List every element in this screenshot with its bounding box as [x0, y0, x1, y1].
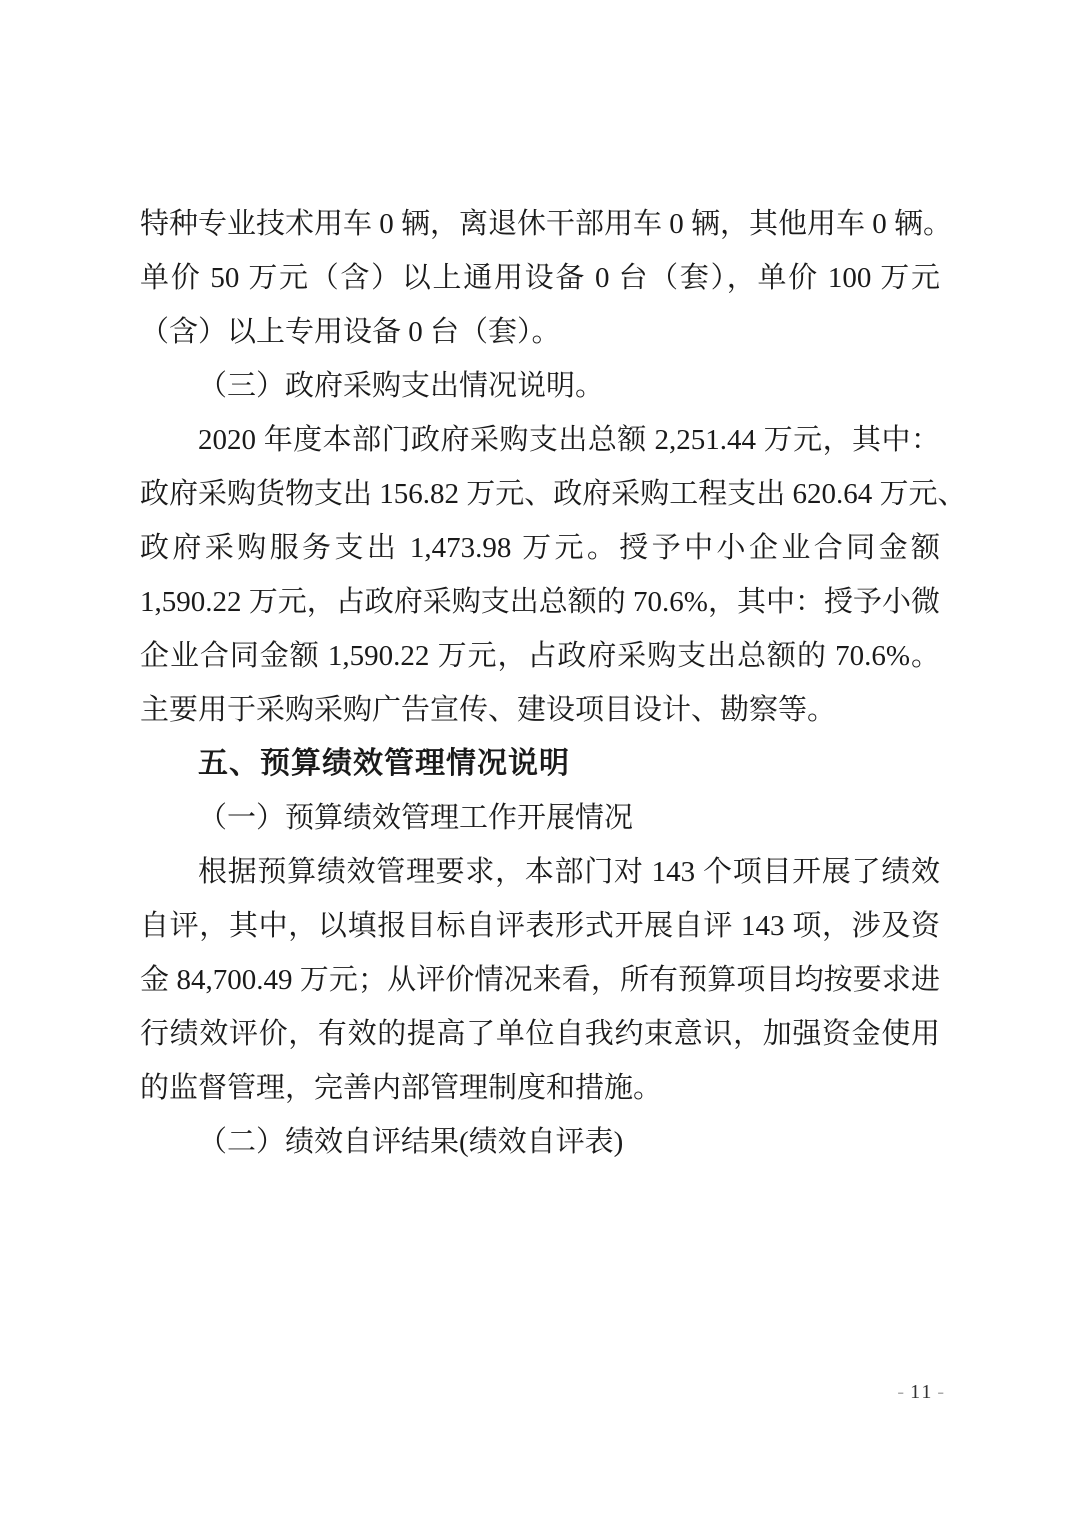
paragraph-procurement-line: 企业合同金额 1,590.22 万元，占政府采购支出总额的 70.6%。: [140, 629, 940, 683]
paragraph-procurement-line: 政府采购服务支出 1,473.98 万元。授予中小企业合同金额: [140, 521, 940, 575]
subsection-heading-3: （三）政府采购支出情况说明。: [140, 359, 940, 413]
paragraph-procurement-line: 主要用于采购采购广告宣传、建设项目设计、勘察等。: [140, 683, 940, 737]
subsection-heading-2: （二）绩效自评结果(绩效自评表): [140, 1115, 940, 1169]
paragraph-performance-line: 金 84,700.49 万元；从评价情况来看，所有预算项目均按要求进: [140, 953, 940, 1007]
footer-dash-right: -: [937, 1381, 946, 1403]
paragraph-procurement-line: 1,590.22 万元，占政府采购支出总额的 70.6%，其中：授予小微: [140, 575, 940, 629]
paragraph-vehicles-line: 特种专业技术用车 0 辆，离退休干部用车 0 辆，其他用车 0 辆。: [140, 197, 940, 251]
paragraph-performance-line: 自评，其中，以填报目标自评表形式开展自评 143 项，涉及资: [140, 899, 940, 953]
paragraph-procurement-line: 2020 年度本部门政府采购支出总额 2,251.44 万元，其中：: [140, 413, 940, 467]
paragraph-performance-line: 行绩效评价，有效的提高了单位自我约束意识，加强资金使用: [140, 1007, 940, 1061]
page-footer: -11-: [897, 1381, 946, 1404]
paragraph-vehicles-line: 单价 50 万元（含）以上通用设备 0 台（套），单价 100 万元: [140, 251, 940, 305]
paragraph-procurement-line: 政府采购货物支出 156.82 万元、政府采购工程支出 620.64 万元、: [140, 467, 940, 521]
paragraph-performance-line: 的监督管理，完善内部管理制度和措施。: [140, 1061, 940, 1115]
paragraph-vehicles-line: （含）以上专用设备 0 台（套）。: [140, 305, 940, 359]
page-number: 11: [906, 1381, 937, 1403]
document-page: 特种专业技术用车 0 辆，离退休干部用车 0 辆，其他用车 0 辆。 单价 50…: [0, 0, 1074, 1520]
subsection-heading-1: （一）预算绩效管理工作开展情况: [140, 791, 940, 845]
paragraph-performance-line: 根据预算绩效管理要求，本部门对 143 个项目开展了绩效: [140, 845, 940, 899]
section-heading-5: 五、预算绩效管理情况说明: [140, 737, 940, 791]
footer-dash-left: -: [897, 1381, 906, 1403]
document-text-block: 特种专业技术用车 0 辆，离退休干部用车 0 辆，其他用车 0 辆。 单价 50…: [140, 197, 940, 1169]
